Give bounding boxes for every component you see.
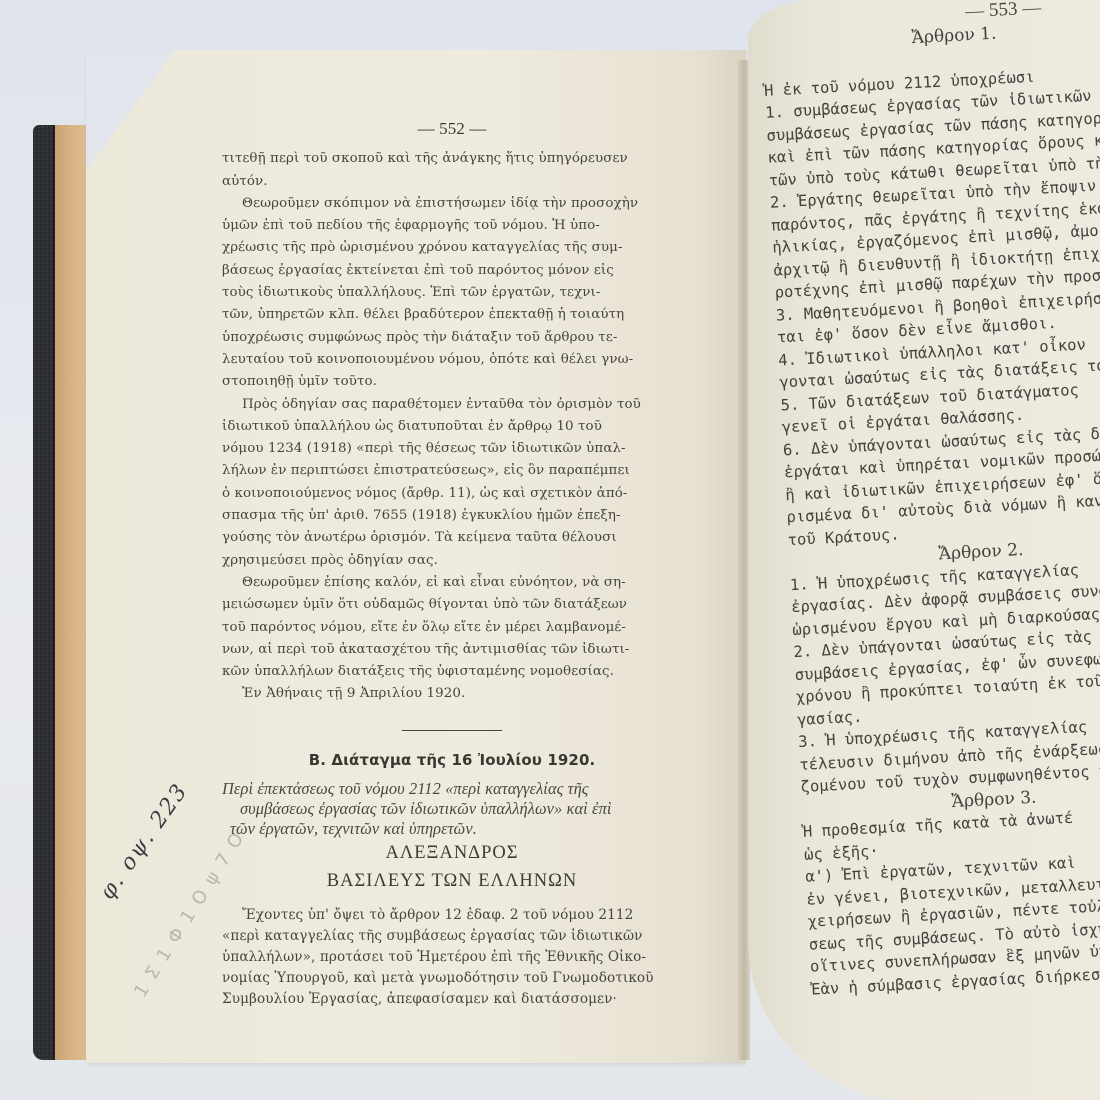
text-line: χρησιμεύσει πρὸς ὁδηγίαν σας. [222,550,682,572]
left-page-text: — 552 — τιτεθῇ περὶ τοῦ σκοποῦ καὶ τῆς ἀ… [222,118,682,1010]
decree-line: νομίας Ὑπουργοῦ, καὶ μετὰ γνωμοδότησιν τ… [222,968,682,989]
text-line: ἰδιωτικοῦ ὑπαλλήλου ὡς διατυποῦται ἐν ἄρ… [222,416,682,438]
king-name: ΑΛΕΞΑΝΔΡΟΣ [222,839,682,867]
text-line: βάσεως ἐργασίας ἐκτείνεται ἐπὶ τοῦ παρόν… [222,260,682,282]
decree-line: Συμβουλίου Ἐργασίας, ἀπεφασίσαμεν καὶ δι… [222,989,682,1010]
right-page-text: — 553 — Ἄρθρον 1. Ἡ ἐκ τοῦ νόμου 2112 ὑπ… [760,0,1100,1001]
text-line: τιτεθῇ περὶ τοῦ σκοποῦ καὶ τῆς ἀνάγκης ἥ… [222,148,682,170]
text-line: νόμου 1234 (1918) «περὶ τῆς θέσεως τῶν ἰ… [222,438,682,460]
decree-subtitle-line: Περὶ ἐπεκτάσεως τοῦ νόμου 2112 «περὶ κατ… [222,779,682,799]
decree-body: Ἔχοντες ὑπ' ὄψει τὸ ἄρθρον 12 ἐδαφ. 2 το… [222,905,682,1010]
text-line: χρέωσις τῆς πρὸ ὡρισμένου χρόνου καταγγε… [222,237,682,259]
text-line: Πρὸς ὁδηγίαν σας παραθέτομεν ἐνταῦθα τὸν… [222,394,682,416]
decree-line: ὑπαλλήλων», προτάσει τοῦ Ἡμετέρου ἐπὶ τῆ… [222,947,682,968]
section-divider [402,730,502,731]
king-title: ΒΑΣΙΛΕΥΣ ΤΩΝ ΕΛΛΗΝΩΝ [222,867,682,895]
text-line: ὑμῶν ἐπὶ τοῦ πεδίου τῆς ἐφαρμογῆς τοῦ νό… [222,215,682,237]
left-body-lines: τιτεθῇ περὶ τοῦ σκοποῦ καὶ τῆς ἀνάγκης ἥ… [222,148,682,705]
decree-subtitle-line: συμβάσεως ἐργασίας τῶν ἰδιωτικῶν ὑπαλλήλ… [222,799,682,819]
text-line: ὑποχρέωσις συμφώνως πρὸς τὴν διάταξιν το… [222,327,682,349]
photo-scene: — 552 — τιτεθῇ περὶ τοῦ σκοποῦ καὶ τῆς ἀ… [0,0,1100,1100]
text-line: στοποιηθῇ ὑμῖν τοῦτο. [222,371,682,393]
text-line: Θεωροῦμεν σκόπιμον νὰ ἐπιστήσωμεν ἰδίᾳ τ… [222,193,682,215]
right-body-lines: Ἄρθρον 1. Ἡ ἐκ τοῦ νόμου 2112 ὑποχρέωσι … [761,12,1100,1000]
text-line: τῶν, ὑπηρετῶν κλπ. θέλει βραδύτερον ἐπεκ… [222,304,682,326]
text-line: Ἐν Ἀθήναις τῇ 9 Ἀπριλίου 1920. [222,683,682,705]
text-line: τοῦ παρόντος νόμου, εἴτε ἐν ὅλῳ εἴτε ἐν … [222,617,682,639]
text-line: σπασμα τῆς ὑπ' ἀριθ. 7655 (1918) ἐγκυκλί… [222,505,682,527]
text-line: νων, αἱ περὶ τοῦ ἀκατασχέτου τῆς ἀντιμισ… [222,639,682,661]
text-line: τοὺς ἰδιωτικοὺς ὑπαλλήλους. Ἐπὶ τῶν ἐργα… [222,282,682,304]
text-line: μειώσωμεν ὑμῖν ὅτι οὐδαμῶς θίγονται ὑπὸ … [222,594,682,616]
left-page-number: — 552 — [222,118,682,140]
text-line: γούσης τὸν ἀνωτέρω ὁρισμόν. Τὰ κείμενα τ… [222,527,682,549]
decree-line: Ἔχοντες ὑπ' ὄψει τὸ ἄρθρον 12 ἐδαφ. 2 το… [222,905,682,926]
decree-subtitle-line: τῶν ἐργατῶν, τεχνιτῶν καὶ ὑπηρετῶν. [222,819,682,839]
decree-line: «περὶ καταγγελίας τῆς συμβάσεως ἐργασίας… [222,926,682,947]
decree-heading: Β. Διάταγμα τῆς 16 Ἰουλίου 1920. [222,749,682,771]
text-line: λήλων ἐν περιπτώσει ἐπιστρατεύσεως», εἰς… [222,460,682,482]
text-line: αὐτόν. [222,171,682,193]
text-line: κῶν ὑπαλλήλων διατάξεις τῆς ὑφισταμένης … [222,661,682,683]
text-line: λευταίου τοῦ κοινοποιουμένου νόμου, ὁπότ… [222,349,682,371]
decree-subtitle: Περὶ ἐπεκτάσεως τοῦ νόμου 2112 «περὶ κατ… [222,779,682,839]
text-line: ὁ κοινοποιούμενος νόμος (ἄρθρ. 11), ὡς κ… [222,483,682,505]
text-line: Θεωροῦμεν ἐπίσης καλόν, εἰ καὶ εἶναι εὐν… [222,572,682,594]
